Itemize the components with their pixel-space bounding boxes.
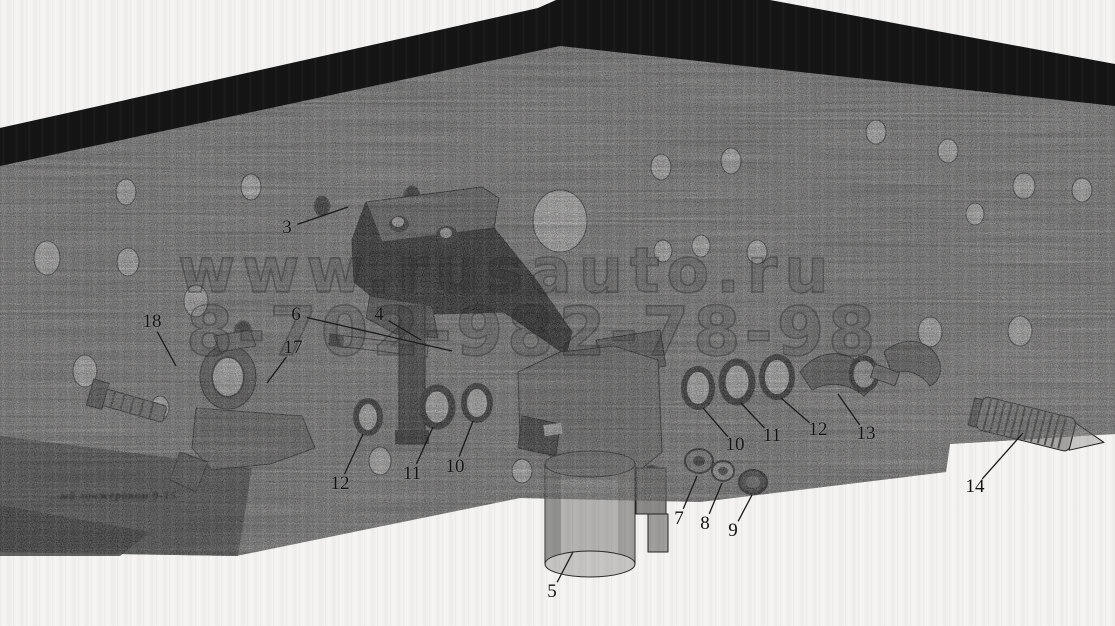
diagram-illustration bbox=[0, 0, 1115, 626]
bottom-left-caption: …ый лонжероном 9-15 bbox=[50, 490, 177, 502]
callout-label-9: 9 bbox=[728, 520, 738, 542]
callout-label-7: 7 bbox=[674, 508, 684, 530]
callout-label-10: 10 bbox=[726, 434, 745, 456]
parts-diagram-canvas: www.rusauto.ru 8-702-982-78-98 …ый лонже… bbox=[0, 0, 1115, 626]
callout-label-14: 14 bbox=[966, 476, 985, 498]
callout-label-5: 5 bbox=[547, 581, 557, 603]
callout-label-3: 3 bbox=[282, 217, 292, 239]
callout-label-6: 6 bbox=[291, 304, 301, 326]
callout-label-11: 11 bbox=[403, 463, 421, 485]
callout-label-13: 13 bbox=[857, 423, 876, 445]
callout-label-10: 10 bbox=[446, 456, 465, 478]
callout-label-12: 12 bbox=[331, 473, 350, 495]
callout-label-12: 12 bbox=[809, 419, 828, 441]
callout-label-11: 11 bbox=[763, 425, 781, 447]
callout-label-17: 17 bbox=[284, 337, 303, 359]
callout-label-8: 8 bbox=[700, 513, 710, 535]
callout-label-18: 18 bbox=[143, 311, 162, 333]
callout-label-4: 4 bbox=[374, 304, 384, 326]
